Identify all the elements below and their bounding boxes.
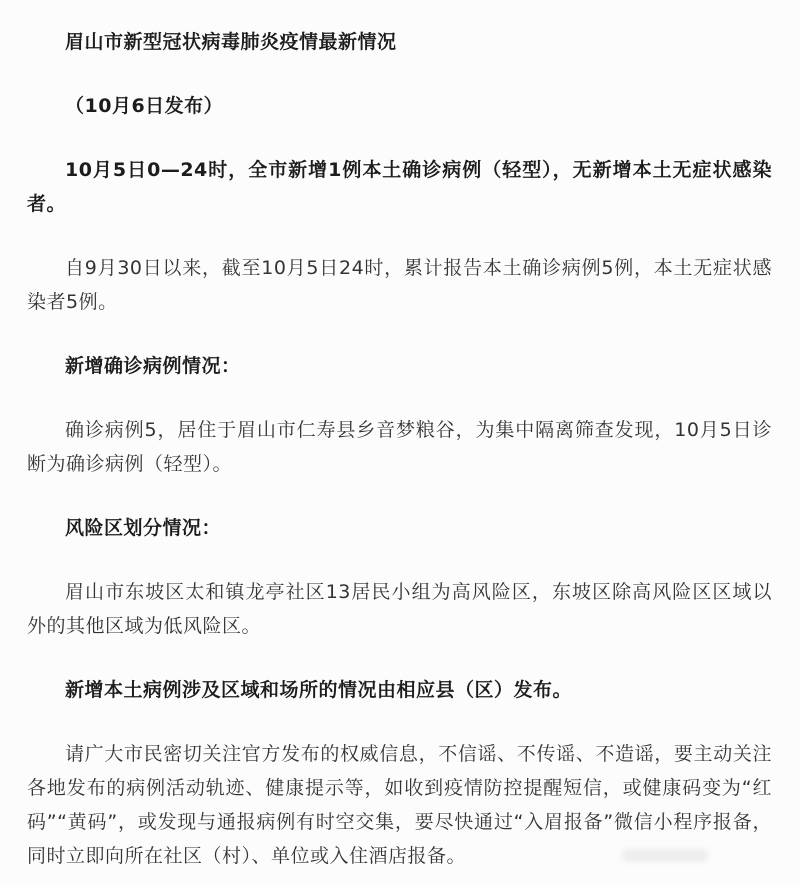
paragraph-public-advisory: 请广大市民密切关注官方发布的权威信息，不信谣、不传谣、不造谣，要主动关注各地发布… bbox=[27, 737, 772, 873]
epidemic-bulletin-document: 眉山市新型冠状病毒肺炎疫情最新情况 （10月6日发布） 10月5日0—24时，全… bbox=[0, 0, 800, 887]
paragraph-risk-zone-detail: 眉山市东坡区太和镇龙亭社区13居民小组为高风险区，东坡区除高风险区区域以外的其他… bbox=[27, 575, 772, 643]
paragraph-release-notice: 新增本土病例涉及区域和场所的情况由相应县（区）发布。 bbox=[27, 673, 772, 707]
paragraph-case-detail: 确诊病例5，居住于眉山市仁寿县乡音梦粮谷，为集中隔离筛查发现，10月5日诊断为确… bbox=[27, 413, 772, 481]
document-title: 眉山市新型冠状病毒肺炎疫情最新情况 bbox=[27, 25, 772, 59]
paragraph-cumulative-summary: 自9月30日以来，截至10月5日24时，累计报告本土确诊病例5例，本土无症状感染… bbox=[27, 251, 772, 319]
section-heading-new-cases: 新增确诊病例情况： bbox=[27, 349, 772, 383]
publish-date: （10月6日发布） bbox=[27, 89, 772, 123]
paragraph-daily-summary: 10月5日0—24时，全市新增1例本土确诊病例（轻型），无新增本土无症状感染者。 bbox=[27, 153, 772, 221]
section-heading-risk-zones: 风险区划分情况： bbox=[27, 511, 772, 545]
